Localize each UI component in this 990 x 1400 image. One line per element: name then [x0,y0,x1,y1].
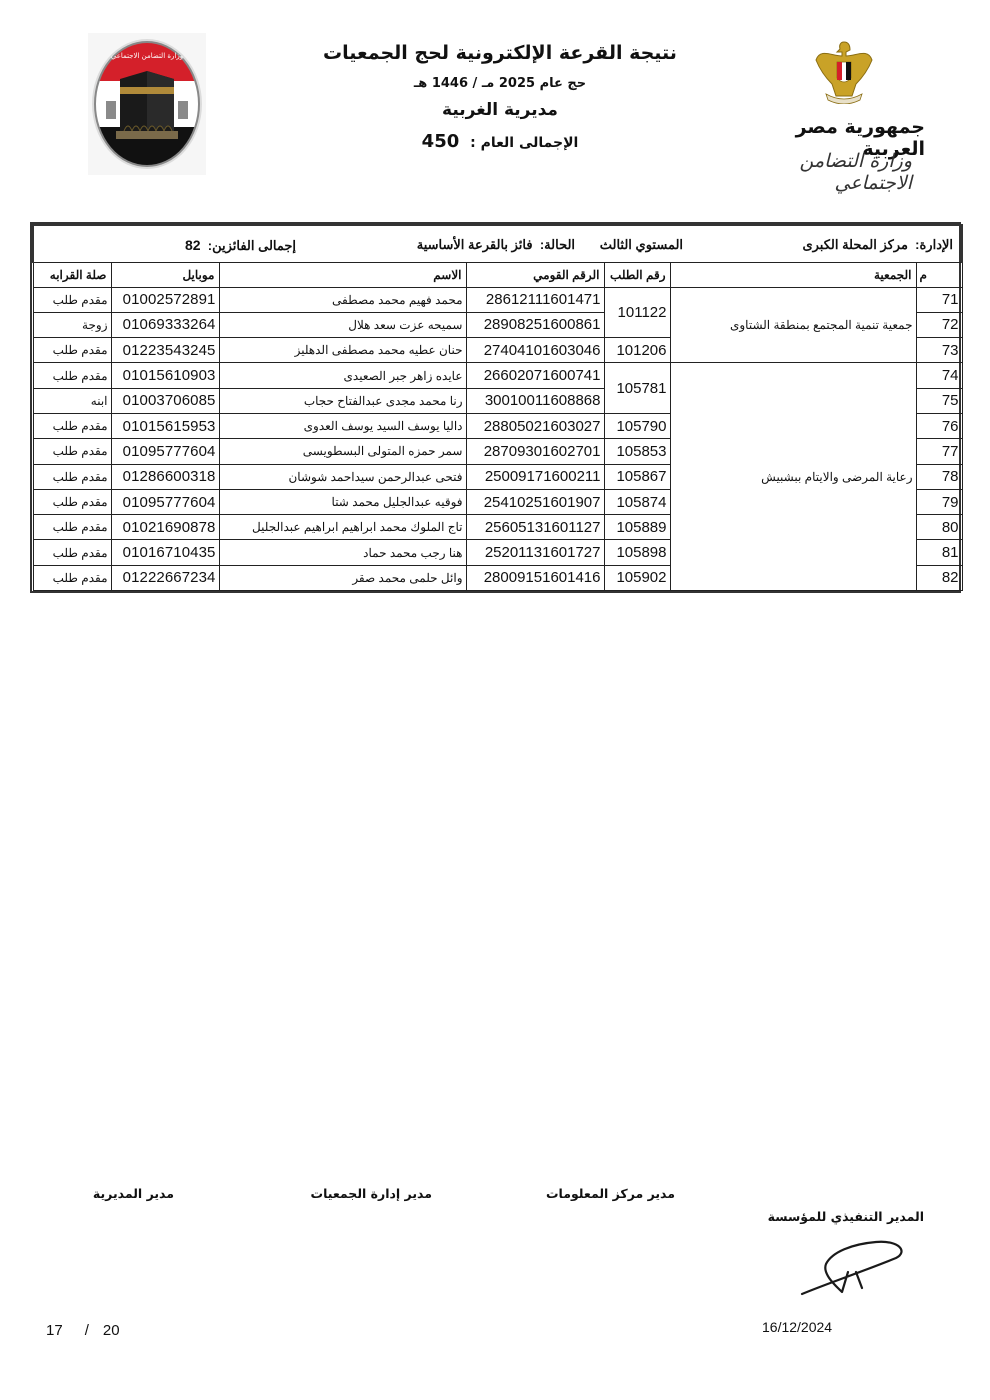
name-cell: سمر حمزه المتولى البسطويسى [219,439,466,464]
ministry-name: وزارة التضامن الاجتماعي [740,150,912,194]
mobile-cell: 01016710435 [111,540,219,565]
mobile-cell: 01003706085 [111,388,219,413]
name-cell: حنان عطيه محمد مصطفى الدهليز [219,338,466,363]
col-association: الجمعية [670,262,916,287]
status-info: الحالة: فائز بالقرعة الأساسية [417,237,575,253]
table-row: مقدم طلب 01002572891 محمد فهيم محمد مصطف… [33,287,962,312]
table-row: مقدم طلب 01015610903 عايده زاهر جبر الصع… [33,363,962,388]
national-id-cell: 26602071600741 [466,363,604,388]
row-number-cell: 76 [916,413,962,438]
national-id-cell: 28805021603027 [466,413,604,438]
name-cell: سميحه عزت سعد هلال [219,312,466,337]
row-number-cell: 71 [916,287,962,312]
col-num: م [916,262,962,287]
relation-cell: مقدم طلب [33,338,111,363]
name-cell: فتحى عبدالرحمن سيداحمد شوشان [219,464,466,489]
request-no-cell: 105889 [604,515,670,540]
admin-info: الإدارة: مركز المحلة الكبرى [802,237,953,253]
national-id-cell: 28009151601416 [466,565,604,590]
national-id-cell: 28908251600861 [466,312,604,337]
request-no-cell: 105790 [604,413,670,438]
request-no-cell: 105867 [604,464,670,489]
name-cell: عايده زاهر جبر الصعيدى [219,363,466,388]
national-id-cell: 28612111601471 [466,287,604,312]
page-number: 17/20 [46,1322,120,1339]
row-number-cell: 75 [916,388,962,413]
mobile-cell: 01222667234 [111,565,219,590]
request-no-cell: 101122 [604,287,670,338]
grand-total: الإجمالى العام : 450 [300,131,700,152]
name-cell: تاج الملوك محمد ابراهيم ابراهيم عبدالجلي… [219,515,466,540]
relation-cell: مقدم طلب [33,540,111,565]
relation-cell: ابنه [33,388,111,413]
name-cell: رنا محمد مجدى عبدالفتاح حجاب [219,388,466,413]
row-number-cell: 78 [916,464,962,489]
signature-label-executive-director: المدير التنفيذي للمؤسسة [780,1209,924,1224]
relation-cell: مقدم طلب [33,489,111,514]
mobile-cell: 01002572891 [111,287,219,312]
request-no-cell: 105898 [604,540,670,565]
name-cell: هنا رجب محمد حماد [219,540,466,565]
col-relation: صلة القرابه [33,262,111,287]
page-title: نتيجة القرعة الإلكترونية لحج الجمعيات [300,42,700,64]
relation-cell: زوجة [33,312,111,337]
relation-cell: مقدم طلب [33,439,111,464]
association-cell: رعاية المرضى والايتام ببشبيش [670,363,916,591]
mobile-cell: 01095777604 [111,489,219,514]
relation-cell: مقدم طلب [33,464,111,489]
relation-cell: مقدم طلب [33,565,111,590]
signature-label-associations-manager: مدير إدارة الجمعيات [320,1186,432,1201]
row-number-cell: 74 [916,363,962,388]
request-no-cell: 105902 [604,565,670,590]
row-number-cell: 77 [916,439,962,464]
national-id-cell: 30010011608868 [466,388,604,413]
mobile-cell: 01095777604 [111,439,219,464]
col-request-no: رقم الطلب [604,262,670,287]
national-id-cell: 25605131601127 [466,515,604,540]
mobile-cell: 01223543245 [111,338,219,363]
grand-total-value: 450 [422,131,460,152]
request-no-cell: 101206 [604,338,670,363]
table-info-row: الإدارة: مركز المحلة الكبرى المستوي الثا… [33,225,962,262]
national-id-cell: 25201131601727 [466,540,604,565]
row-number-cell: 80 [916,515,962,540]
row-number-cell: 82 [916,565,962,590]
directorate-name: مديرية الغربية [300,100,700,120]
handwritten-signature-icon [796,1238,906,1298]
left-logo-kaaba-emblem: وزارة التضامن الاجتماعي [88,33,206,175]
winners-total: إجمالى الفائزين: 82 [185,237,296,254]
relation-cell: مقدم طلب [33,515,111,540]
signature-label-directorate-manager: مدير المديرية [96,1186,174,1201]
row-number-cell: 81 [916,540,962,565]
signature-label-info-center-manager: مدير مركز المعلومات [560,1186,675,1201]
mobile-cell: 01015615953 [111,413,219,438]
grand-total-label: الإجمالى العام : [470,135,578,151]
document-date: 16/12/2024 [762,1319,832,1335]
row-number-cell: 73 [916,338,962,363]
hajj-year: حج عام 2025 مـ / 1446 هـ [300,76,700,91]
name-cell: محمد فهيم محمد مصطفى [219,287,466,312]
results-table: الإدارة: مركز المحلة الكبرى المستوي الثا… [30,222,961,593]
page-separator: / [85,1322,89,1339]
svg-text:وزارة التضامن الاجتماعي: وزارة التضامن الاجتماعي [111,52,183,60]
name-cell: فوقيه عبدالجليل محمد شتا [219,489,466,514]
national-id-cell: 27404101603046 [466,338,604,363]
national-id-cell: 25009171600211 [466,464,604,489]
relation-cell: مقدم طلب [33,363,111,388]
national-id-cell: 25410251601907 [466,489,604,514]
col-national-id: الرقم القومي [466,262,604,287]
request-no-cell: 105874 [604,489,670,514]
col-name: الاسم [219,262,466,287]
row-number-cell: 72 [916,312,962,337]
national-id-cell: 28709301602701 [466,439,604,464]
name-cell: داليا يوسف السيد يوسف العدوى [219,413,466,438]
request-no-cell: 105781 [604,363,670,414]
relation-cell: مقدم طلب [33,287,111,312]
mobile-cell: 01286600318 [111,464,219,489]
mobile-cell: 01069333264 [111,312,219,337]
table-header-row: صلة القرابه موبايل الاسم الرقم القومي رق… [33,262,962,287]
relation-cell: مقدم طلب [33,413,111,438]
col-mobile: موبايل [111,262,219,287]
request-no-cell: 105853 [604,439,670,464]
association-cell: جمعية تنمية المجتمع بمنطقة الشتاوى [670,287,916,363]
page-current: 17 [46,1322,63,1339]
eagle-emblem-icon [812,38,876,104]
mobile-cell: 01021690878 [111,515,219,540]
mobile-cell: 01015610903 [111,363,219,388]
level-info: المستوي الثالث [600,237,683,253]
row-number-cell: 79 [916,489,962,514]
page-total: 20 [103,1322,120,1339]
name-cell: وائل حلمى محمد صقر [219,565,466,590]
